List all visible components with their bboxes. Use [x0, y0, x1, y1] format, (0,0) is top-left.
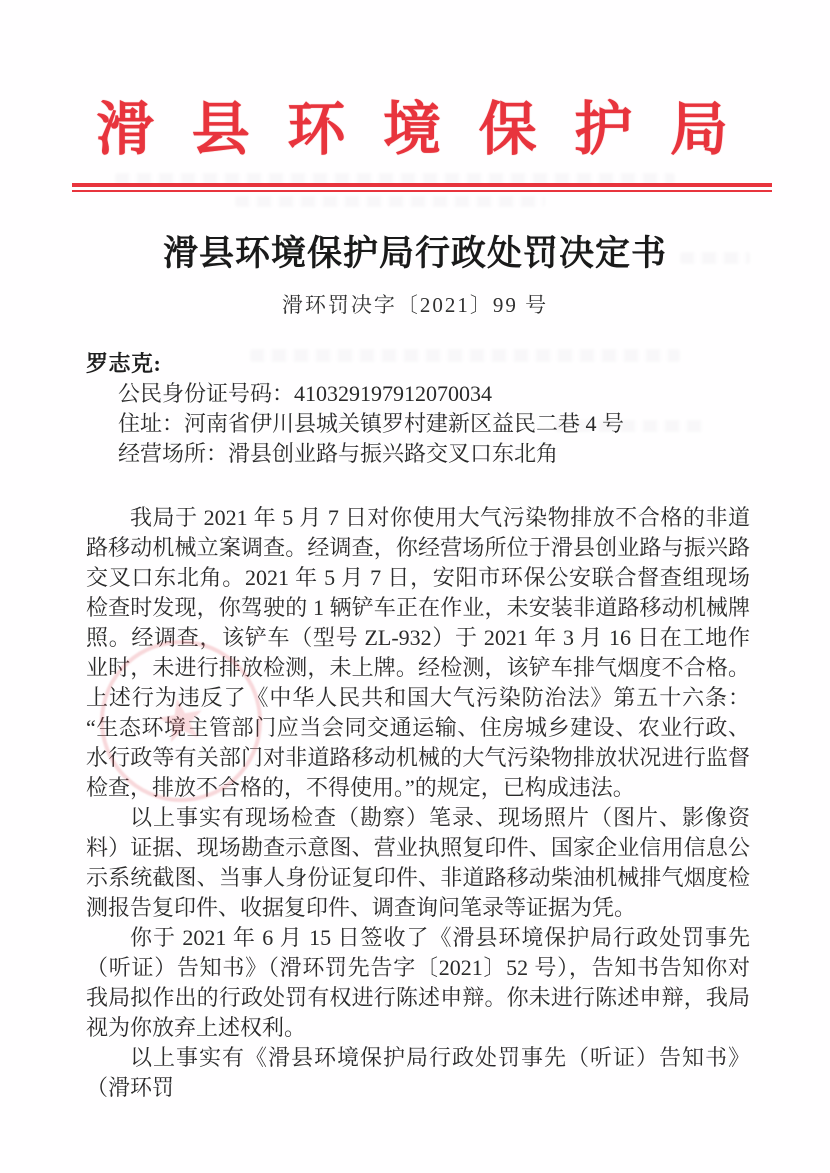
document-number: 滑环罚决字〔2021〕99 号 — [0, 289, 830, 319]
document-page: 滑县环境保护局 滑县环境保护局行政处罚决定书 滑环罚决字〔2021〕99 号 罗… — [0, 0, 830, 1173]
agency-name-char: 境 — [383, 101, 441, 159]
agency-name: 滑县环境保护局 — [96, 101, 728, 159]
document-body: 罗志克: 公民身份证号码：410329197912070034 住址：河南省伊川… — [86, 349, 750, 1103]
letterhead-divider — [72, 183, 772, 192]
paragraph-continuation: 以上事实有《滑县环境保护局行政处罚事先（听证）告知书》（滑环罚 — [86, 1043, 750, 1103]
paragraph-evidence: 以上事实有现场检查（勘察）笔录、现场照片（图片、影像资料）证据、现场勘查示意图、… — [86, 803, 750, 923]
paragraph-prior-notice: 你于 2021 年 6 月 15 日签收了《滑县环境保护局行政处罚事先（听证）告… — [86, 923, 750, 1043]
agency-name-char: 护 — [574, 101, 632, 159]
agency-name-char: 局 — [670, 101, 728, 159]
recipient-address-line: 住址：河南省伊川县城关镇罗村建新区益民二巷 4 号 — [86, 409, 750, 439]
document-title: 滑县环境保护局行政处罚决定书 — [0, 226, 830, 276]
recipient-business-line: 经营场所：滑县创业路与振兴路交叉口东北角 — [86, 439, 750, 469]
agency-name-char: 滑 — [96, 101, 154, 159]
recipient-id-line: 公民身份证号码：410329197912070034 — [86, 379, 750, 409]
paragraph-facts: 我局于 2021 年 5 月 7 日对你使用大气污染物排放不合格的非道路移动机械… — [86, 503, 750, 803]
agency-name-char: 环 — [287, 101, 345, 159]
bleedthrough-artifact — [235, 196, 545, 207]
recipient-name: 罗志克: — [86, 349, 750, 379]
agency-name-char: 保 — [479, 101, 537, 159]
agency-name-char: 县 — [192, 101, 250, 159]
